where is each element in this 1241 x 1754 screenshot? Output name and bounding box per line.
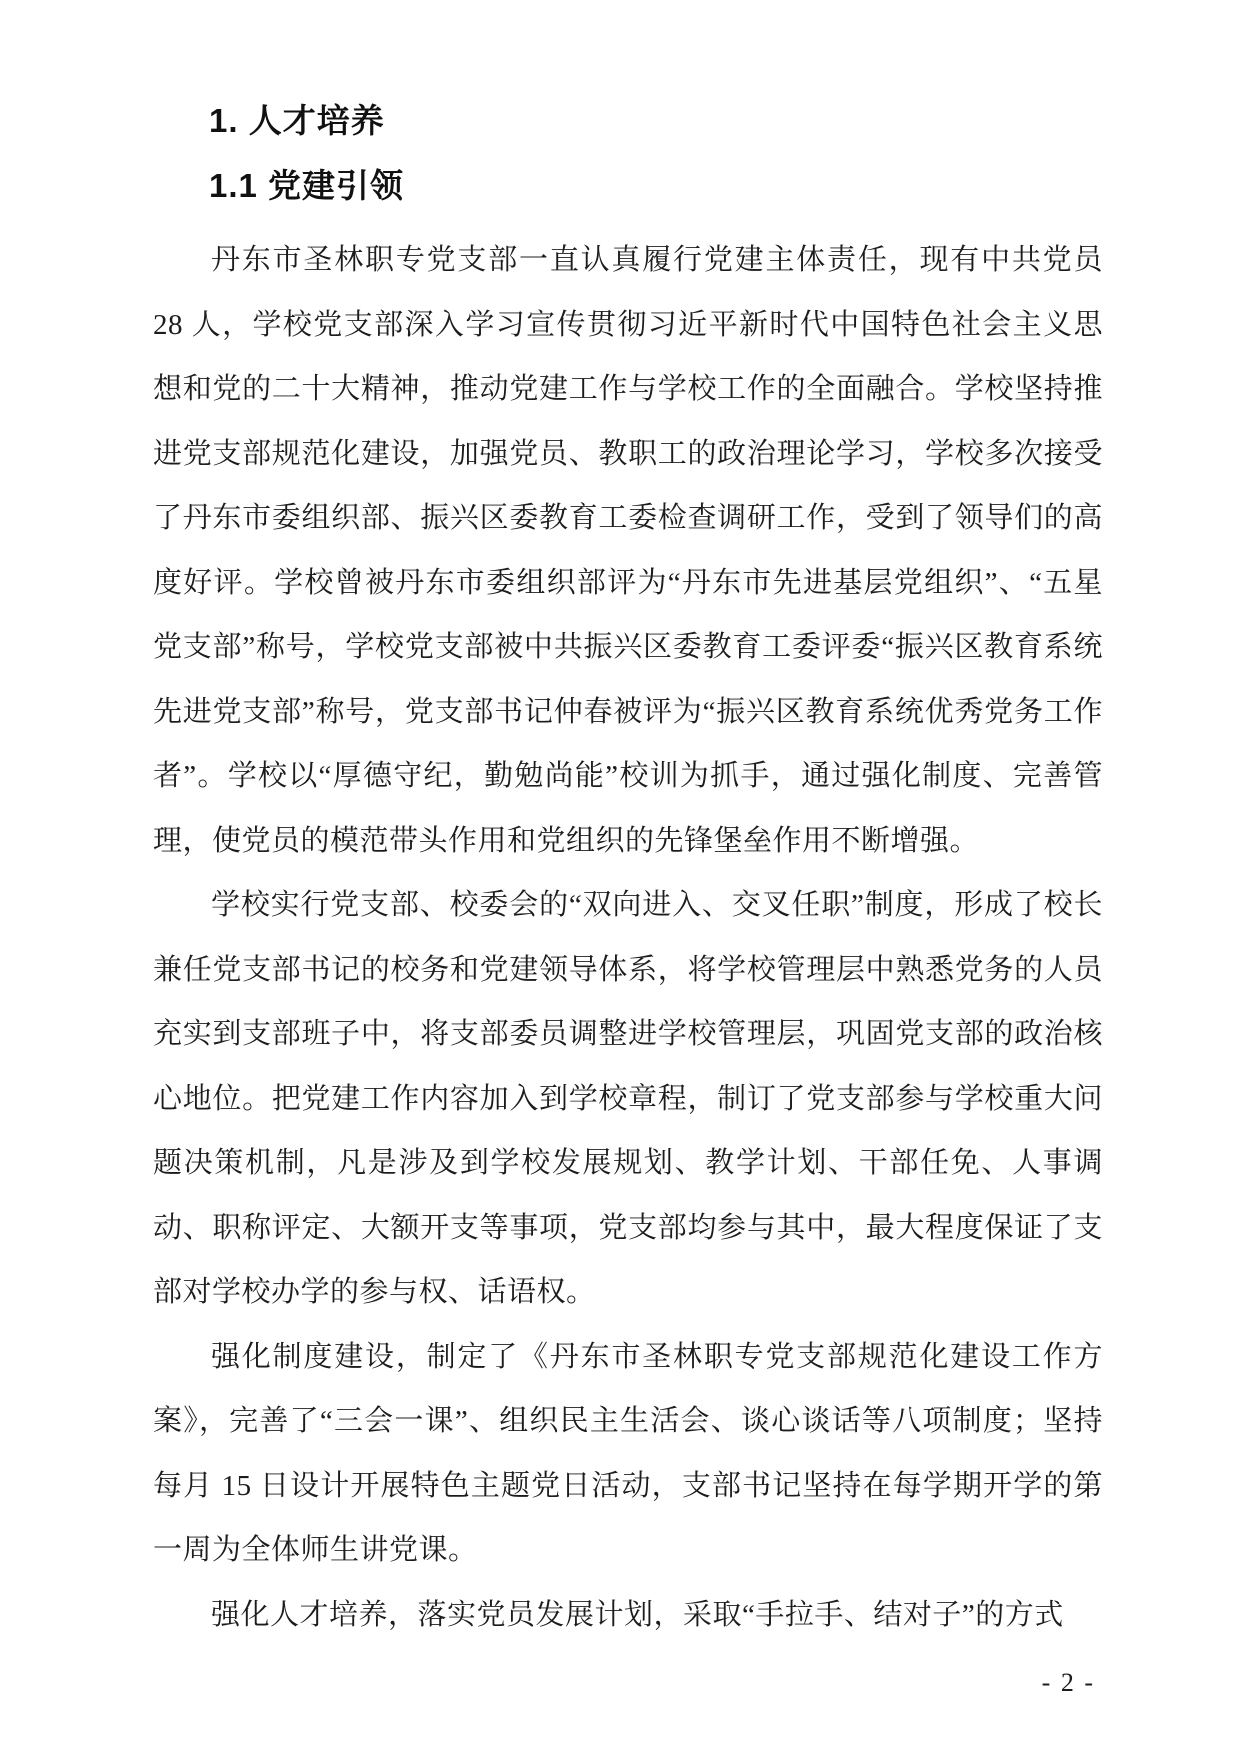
page-number: - 2 - bbox=[1042, 1668, 1095, 1698]
paragraph-talent-cultivation: 强化人才培养，落实党员发展计划，采取“手拉手、结对子”的方式 bbox=[153, 1583, 1103, 1648]
section-heading: 1. 人才培养 bbox=[153, 88, 1103, 153]
paragraph-institution-building: 强化制度建设，制定了《丹东市圣林职专党支部规范化建设工作方案》，完善了“三会一课… bbox=[153, 1325, 1103, 1583]
subsection-heading: 1.1 党建引领 bbox=[153, 153, 1103, 218]
document-content: 1. 人才培养 1.1 党建引领 丹东市圣林职专党支部一直认真履行党建主体责任，… bbox=[153, 88, 1103, 1647]
document-page: 1. 人才培养 1.1 党建引领 丹东市圣林职专党支部一直认真履行党建主体责任，… bbox=[0, 0, 1241, 1754]
paragraph-leadership-system: 学校实行党支部、校委会的“双向进入、交叉任职”制度，形成了校长兼任党支部书记的校… bbox=[153, 873, 1103, 1325]
paragraph-party-building-overview: 丹东市圣林职专党支部一直认真履行党建主体责任，现有中共党员 28 人，学校党支部… bbox=[153, 228, 1103, 873]
